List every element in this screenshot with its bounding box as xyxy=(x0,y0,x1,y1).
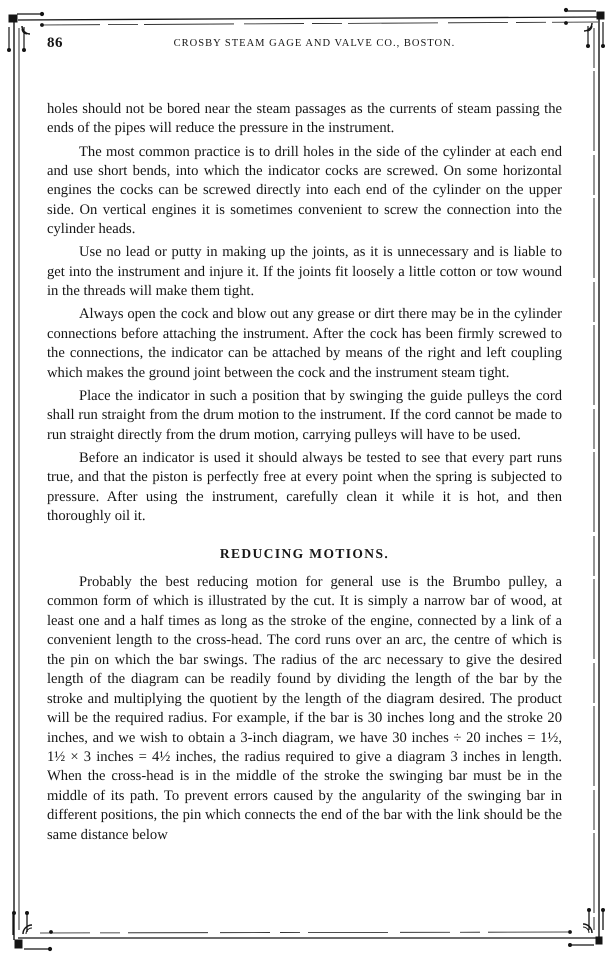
paragraph: Always open the cock and blow out any gr… xyxy=(47,305,562,383)
page-body: holes should not be bored near the steam… xyxy=(47,100,562,849)
running-head: 86 Crosby Steam Gage and Valve Co., Bost… xyxy=(47,35,562,53)
corner-ornament-bottom-left xyxy=(13,912,53,951)
paragraph: Probably the best reducing motion for ge… xyxy=(47,573,562,845)
corner-ornament-top-right xyxy=(564,8,604,47)
paragraph: The most common practice is to drill hol… xyxy=(47,143,562,240)
paragraph: Place the indicator in such a position t… xyxy=(47,387,562,445)
corner-ornament-bottom-right xyxy=(569,909,605,947)
corner-ornament-top-left xyxy=(8,12,44,51)
header-title: Crosby Steam Gage and Valve Co., Boston. xyxy=(47,38,562,49)
paragraph: Before an indicator is used it should al… xyxy=(47,449,562,527)
section-heading: REDUCING MOTIONS. xyxy=(47,544,562,563)
paragraph: holes should not be bored near the steam… xyxy=(47,100,562,139)
paragraph: Use no lead or putty in making up the jo… xyxy=(47,243,562,301)
